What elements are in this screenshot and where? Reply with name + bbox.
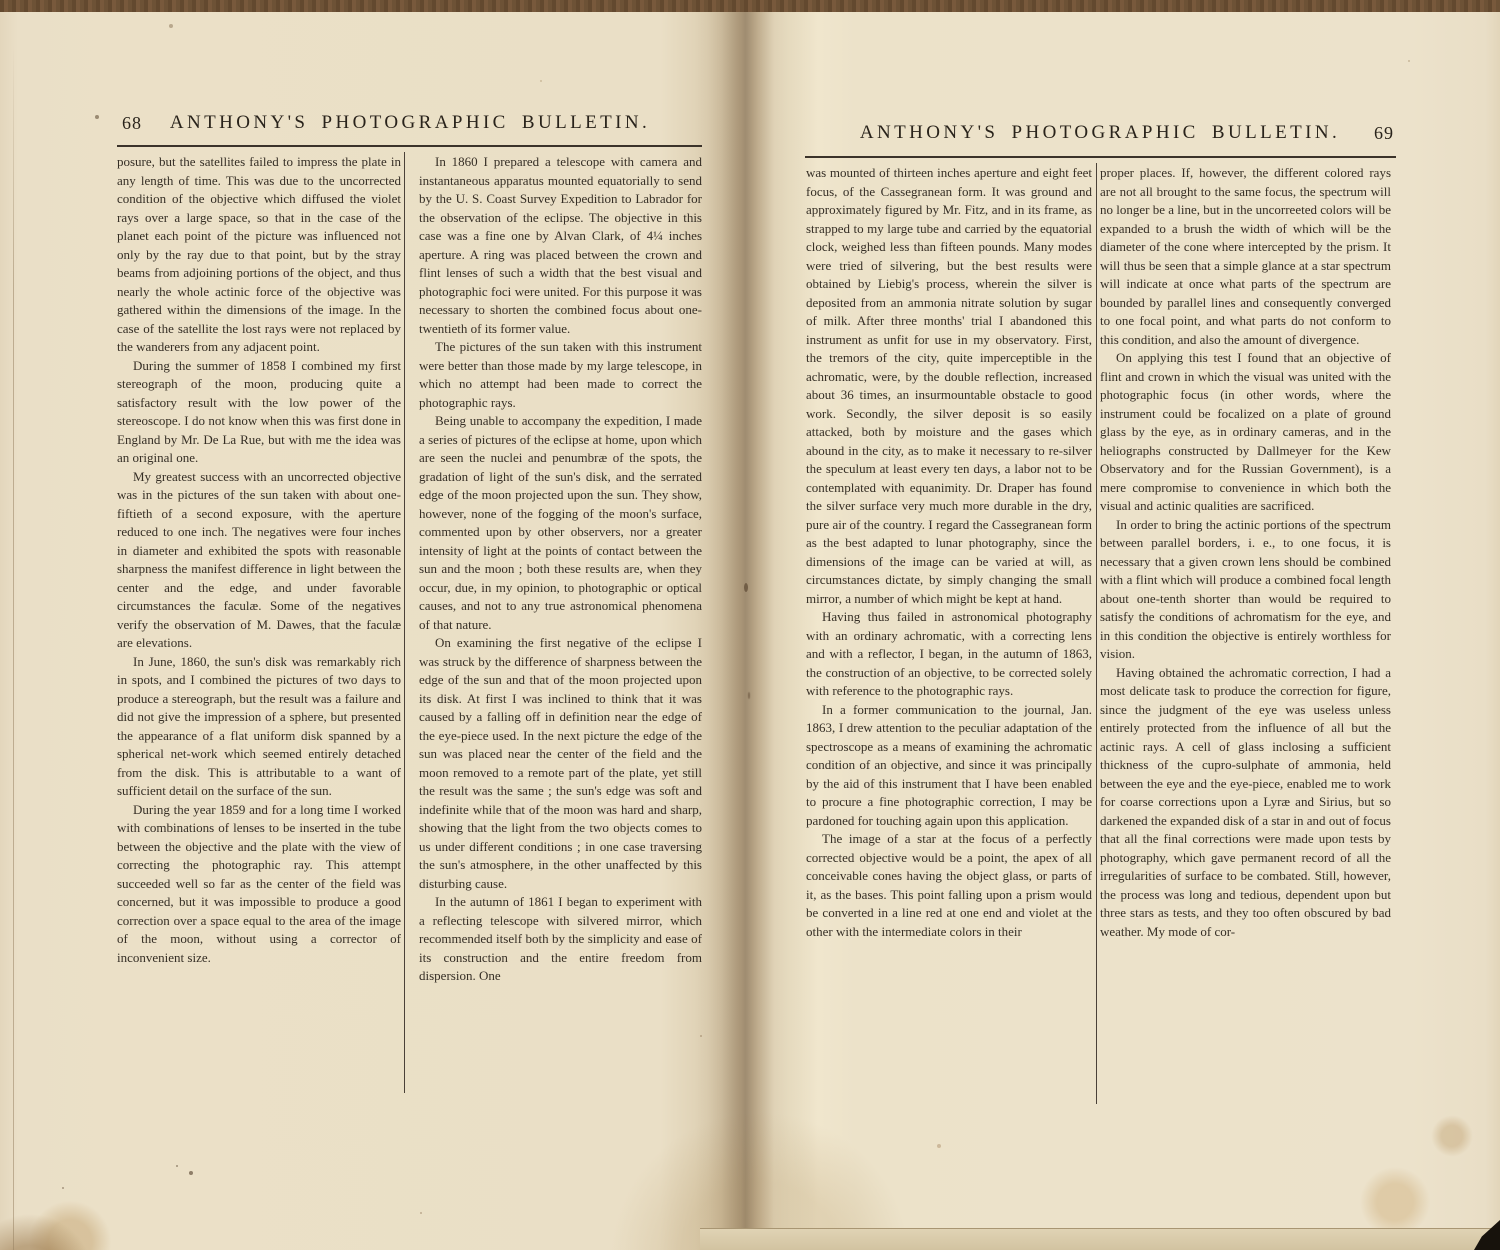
paragraph: My greatest success with an uncorrected …: [117, 468, 401, 653]
paragraph: In the autumn of 1861 I began to experim…: [419, 893, 702, 986]
paragraph: Having obtained the achromatic correctio…: [1100, 664, 1391, 942]
column-rule-right: [1096, 163, 1097, 1104]
column-rule-left: [404, 152, 405, 1093]
paragraph: was mounted of thirteen inches aperture …: [806, 164, 1092, 608]
header-rule-right: [805, 156, 1396, 158]
paragraph: During the year 1859 and for a long time…: [117, 801, 401, 968]
page-number-right: 69: [1374, 123, 1394, 144]
paragraph: proper places. If, however, the differen…: [1100, 164, 1391, 349]
header-rule-left: [117, 145, 702, 147]
left-page-crease: [13, 45, 14, 1250]
paragraph: During the summer of 1858 I combined my …: [117, 357, 401, 468]
text-column-right-2: proper places. If, however, the differen…: [1100, 164, 1391, 941]
running-title-right: ANTHONY'S PHOTOGRAPHIC BULLETIN.: [804, 122, 1396, 144]
paragraph: The image of a star at the focus of a pe…: [806, 830, 1092, 941]
paragraph: In June, 1860, the sun's disk was remark…: [117, 653, 401, 801]
text-column-left-2: In 1860 I prepared a telescope with came…: [419, 153, 702, 986]
page-number-left: 68: [122, 113, 142, 134]
gutter-fold: [695, 12, 815, 1250]
binding-thread: [744, 583, 748, 592]
paragraph: In 1860 I prepared a telescope with came…: [419, 153, 702, 338]
page-header-right: 69 ANTHONY'S PHOTOGRAPHIC BULLETIN.: [804, 122, 1396, 144]
book-scan: 68 ANTHONY'S PHOTOGRAPHIC BULLETIN. posu…: [0, 0, 1500, 1250]
paragraph: In a former communication to the journal…: [806, 701, 1092, 831]
running-title-left: ANTHONY'S PHOTOGRAPHIC BULLETIN.: [117, 112, 703, 134]
paragraph: On examining the first negative of the e…: [419, 634, 702, 893]
paragraph: Having thus failed in astronomical photo…: [806, 608, 1092, 701]
page-header-left: 68 ANTHONY'S PHOTOGRAPHIC BULLETIN.: [117, 112, 703, 134]
paragraph: In order to bring the actinic portions o…: [1100, 516, 1391, 664]
paragraph: Being unable to accompany the expedition…: [419, 412, 702, 634]
foxing-specks: [0, 0, 2, 2]
paragraph: The pictures of the sun taken with this …: [419, 338, 702, 412]
binding-top-edge: [0, 0, 1500, 12]
text-column-right-1: was mounted of thirteen inches aperture …: [806, 164, 1092, 941]
page-bottom-edge: [700, 1228, 1500, 1250]
paragraph: posure, but the satellites failed to imp…: [117, 153, 401, 357]
paragraph: On applying this test I found that an ob…: [1100, 349, 1391, 516]
text-column-left-1: posure, but the satellites failed to imp…: [117, 153, 401, 967]
